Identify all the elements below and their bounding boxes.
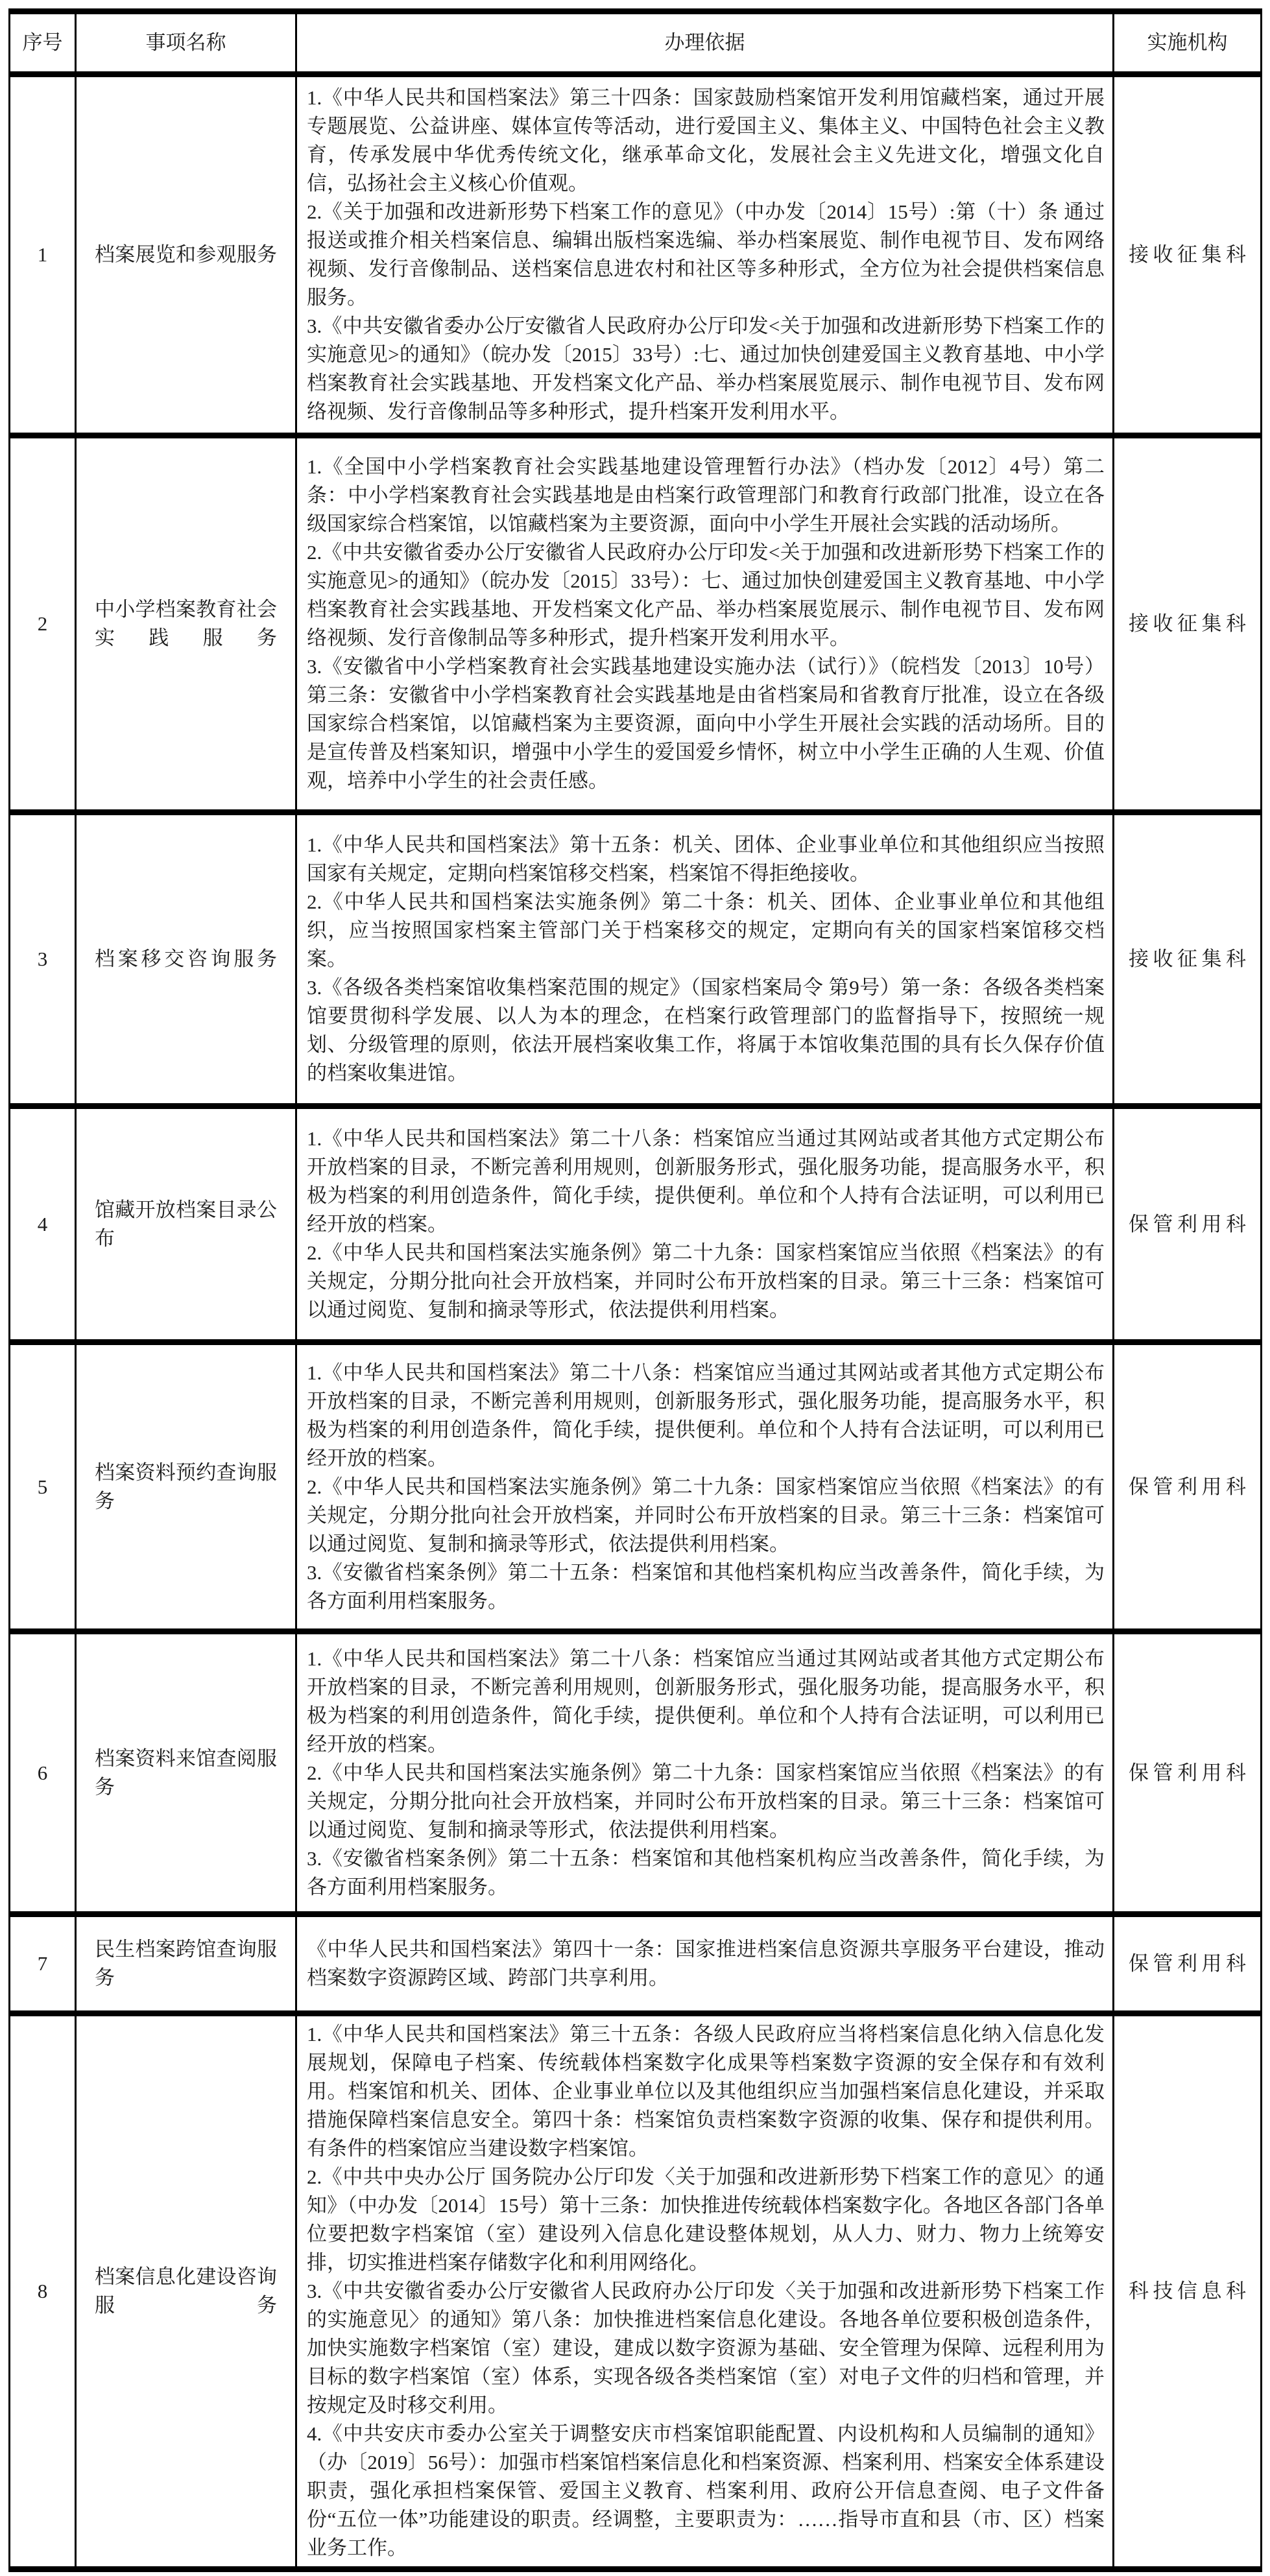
basis-paragraph: 2.《关于加强和改进新形势下档案工作的意见》（中办发〔2014〕15号）:第（十… <box>307 198 1105 312</box>
document-page: { "colors": { "background": "#ffffff", "… <box>0 0 1270 2576</box>
basis-paragraph: 3.《安徽省档案条例》第二十五条：档案馆和其他档案机构应当改善条件，简化手续，为… <box>307 1844 1105 1902</box>
agency-cell: 保管利用科 <box>1114 1106 1262 1342</box>
serial-number-cell: 7 <box>10 1914 76 2014</box>
basis-paragraph: 1.《中华人民共和国档案法》第二十八条：档案馆应当通过其网站或者其他方式定期公布… <box>307 1645 1105 1759</box>
basis-paragraph: 2.《中华人民共和国档案法实施条例》第二十九条：国家档案馆应当依照《档案法》的有… <box>307 1239 1105 1324</box>
agency-cell: 接收征集科 <box>1114 813 1262 1106</box>
basis-cell: 1.《全国中小学档案教育社会实践基地建设管理暂行办法》（档办发〔2012〕4号）… <box>296 436 1114 813</box>
basis-paragraph: 3.《中共安徽省委办公厅安徽省人民政府办公厅印发〈关于加强和改进新形势下档案工作… <box>307 2277 1105 2420</box>
item-name-cell: 档案资料来馆查阅服务 <box>76 1632 296 1914</box>
table-row: 4 馆藏开放档案目录公布 1.《中华人民共和国档案法》第二十八条：档案馆应当通过… <box>10 1106 1262 1342</box>
basis-cell: 1.《中华人民共和国档案法》第二十八条：档案馆应当通过其网站或者其他方式定期公布… <box>296 1632 1114 1914</box>
basis-paragraph: 2.《中华人民共和国档案法实施条例》第二十九条：国家档案馆应当依照《档案法》的有… <box>307 1759 1105 1844</box>
basis-paragraph: 1.《中华人民共和国档案法》第三十五条：各级人民政府应当将档案信息化纳入信息化发… <box>307 2020 1105 2163</box>
basis-paragraph: 3.《各级各类档案馆收集档案范围的规定》（国家档案局令 第9号）第一条：各级各类… <box>307 973 1105 1088</box>
serial-number-cell: 3 <box>10 813 76 1106</box>
basis-cell: 1.《中华人民共和国档案法》第三十五条：各级人民政府应当将档案信息化纳入信息化发… <box>296 2014 1114 2570</box>
basis-cell: 1.《中华人民共和国档案法》第二十八条：档案馆应当通过其网站或者其他方式定期公布… <box>296 1342 1114 1632</box>
basis-paragraph: 《中华人民共和国档案法》第四十一条：国家推进档案信息资源共享服务平台建设，推动档… <box>307 1935 1105 1992</box>
basis-paragraph: 1.《中华人民共和国档案法》第十五条：机关、团体、企业事业单位和其他组织应当按照… <box>307 831 1105 888</box>
header-item-name: 事项名称 <box>76 12 296 75</box>
table-row: 5 档案资料预约查询服务 1.《中华人民共和国档案法》第二十八条：档案馆应当通过… <box>10 1342 1262 1632</box>
serial-number-cell: 1 <box>10 75 76 436</box>
basis-paragraph: 3.《安徽省档案条例》第二十五条：档案馆和其他档案机构应当改善条件，简化手续，为… <box>307 1558 1105 1616</box>
serial-number-cell: 6 <box>10 1632 76 1914</box>
agency-cell: 接收征集科 <box>1114 75 1262 436</box>
basis-paragraph: 1.《中华人民共和国档案法》第二十八条：档案馆应当通过其网站或者其他方式定期公布… <box>307 1125 1105 1239</box>
agency-cell: 保管利用科 <box>1114 1914 1262 2014</box>
basis-paragraph: 1.《中华人民共和国档案法》第二十八条：档案馆应当通过其网站或者其他方式定期公布… <box>307 1359 1105 1473</box>
basis-cell: 1.《中华人民共和国档案法》第三十四条：国家鼓励档案馆开发利用馆藏档案，通过开展… <box>296 75 1114 436</box>
item-name-cell: 档案展览和参观服务 <box>76 75 296 436</box>
basis-paragraph: 2.《中华人民共和国档案法实施条例》第二十九条：国家档案馆应当依照《档案法》的有… <box>307 1473 1105 1558</box>
table-row: 8 档案信息化建设咨询服务 1.《中华人民共和国档案法》第三十五条：各级人民政府… <box>10 2014 1262 2570</box>
serial-number-cell: 4 <box>10 1106 76 1342</box>
header-handling-basis: 办理依据 <box>296 12 1114 75</box>
header-row: 序号 事项名称 办理依据 实施机构 <box>10 12 1262 75</box>
basis-paragraph: 3.《中共安徽省委办公厅安徽省人民政府办公厅印发<关于加强和改进新形势下档案工作… <box>307 312 1105 426</box>
agency-cell: 接收征集科 <box>1114 436 1262 813</box>
basis-paragraph: 2.《中共安徽省委办公厅安徽省人民政府办公厅印发<关于加强和改进新形势下档案工作… <box>307 538 1105 652</box>
item-name-cell: 档案资料预约查询服务 <box>76 1342 296 1632</box>
item-name-cell: 中小学档案教育社会实践服务 <box>76 436 296 813</box>
item-name-cell: 民生档案跨馆查询服务 <box>76 1914 296 2014</box>
agency-cell: 科技信息科 <box>1114 2014 1262 2570</box>
table-row: 1 档案展览和参观服务 1.《中华人民共和国档案法》第三十四条：国家鼓励档案馆开… <box>10 75 1262 436</box>
basis-paragraph: 2.《中共中央办公厅 国务院办公厅印发〈关于加强和改进新形势下档案工作的意见〉的… <box>307 2163 1105 2277</box>
header-serial-number: 序号 <box>10 12 76 75</box>
basis-cell: 《中华人民共和国档案法》第四十一条：国家推进档案信息资源共享服务平台建设，推动档… <box>296 1914 1114 2014</box>
header-implementing-agency: 实施机构 <box>1114 12 1262 75</box>
table-row: 6 档案资料来馆查阅服务 1.《中华人民共和国档案法》第二十八条：档案馆应当通过… <box>10 1632 1262 1914</box>
basis-cell: 1.《中华人民共和国档案法》第十五条：机关、团体、企业事业单位和其他组织应当按照… <box>296 813 1114 1106</box>
serial-number-cell: 2 <box>10 436 76 813</box>
table-header: 序号 事项名称 办理依据 实施机构 <box>10 12 1262 75</box>
table-row: 3 档案移交咨询服务 1.《中华人民共和国档案法》第十五条：机关、团体、企业事业… <box>10 813 1262 1106</box>
serial-number-cell: 5 <box>10 1342 76 1632</box>
table-row: 2 中小学档案教育社会实践服务 1.《全国中小学档案教育社会实践基地建设管理暂行… <box>10 436 1262 813</box>
service-items-table: 序号 事项名称 办理依据 实施机构 1 档案展览和参观服务 1.《中华人民共和国… <box>8 8 1262 2572</box>
item-name-cell: 档案信息化建设咨询服务 <box>76 2014 296 2570</box>
agency-cell: 保管利用科 <box>1114 1632 1262 1914</box>
basis-paragraph: 1.《中华人民共和国档案法》第三十四条：国家鼓励档案馆开发利用馆藏档案，通过开展… <box>307 84 1105 198</box>
table-body: 1 档案展览和参观服务 1.《中华人民共和国档案法》第三十四条：国家鼓励档案馆开… <box>10 75 1262 2570</box>
basis-paragraph: 2.《中华人民共和国档案法实施条例》第二十条：机关、团体、企业事业单位和其他组织… <box>307 888 1105 973</box>
serial-number-cell: 8 <box>10 2014 76 2570</box>
basis-paragraph: 3.《安徽省中小学档案教育社会实践基地建设实施办法（试行）》（皖档发〔2013〕… <box>307 652 1105 795</box>
item-name-cell: 馆藏开放档案目录公布 <box>76 1106 296 1342</box>
basis-cell: 1.《中华人民共和国档案法》第二十八条：档案馆应当通过其网站或者其他方式定期公布… <box>296 1106 1114 1342</box>
basis-paragraph: 4.《中共安庆市委办公室关于调整安庆市档案馆职能配置、内设机构和人员编制的通知》… <box>307 2420 1105 2562</box>
item-name-cell: 档案移交咨询服务 <box>76 813 296 1106</box>
agency-cell: 保管利用科 <box>1114 1342 1262 1632</box>
basis-paragraph: 1.《全国中小学档案教育社会实践基地建设管理暂行办法》（档办发〔2012〕4号）… <box>307 453 1105 538</box>
table-row: 7 民生档案跨馆查询服务 《中华人民共和国档案法》第四十一条：国家推进档案信息资… <box>10 1914 1262 2014</box>
